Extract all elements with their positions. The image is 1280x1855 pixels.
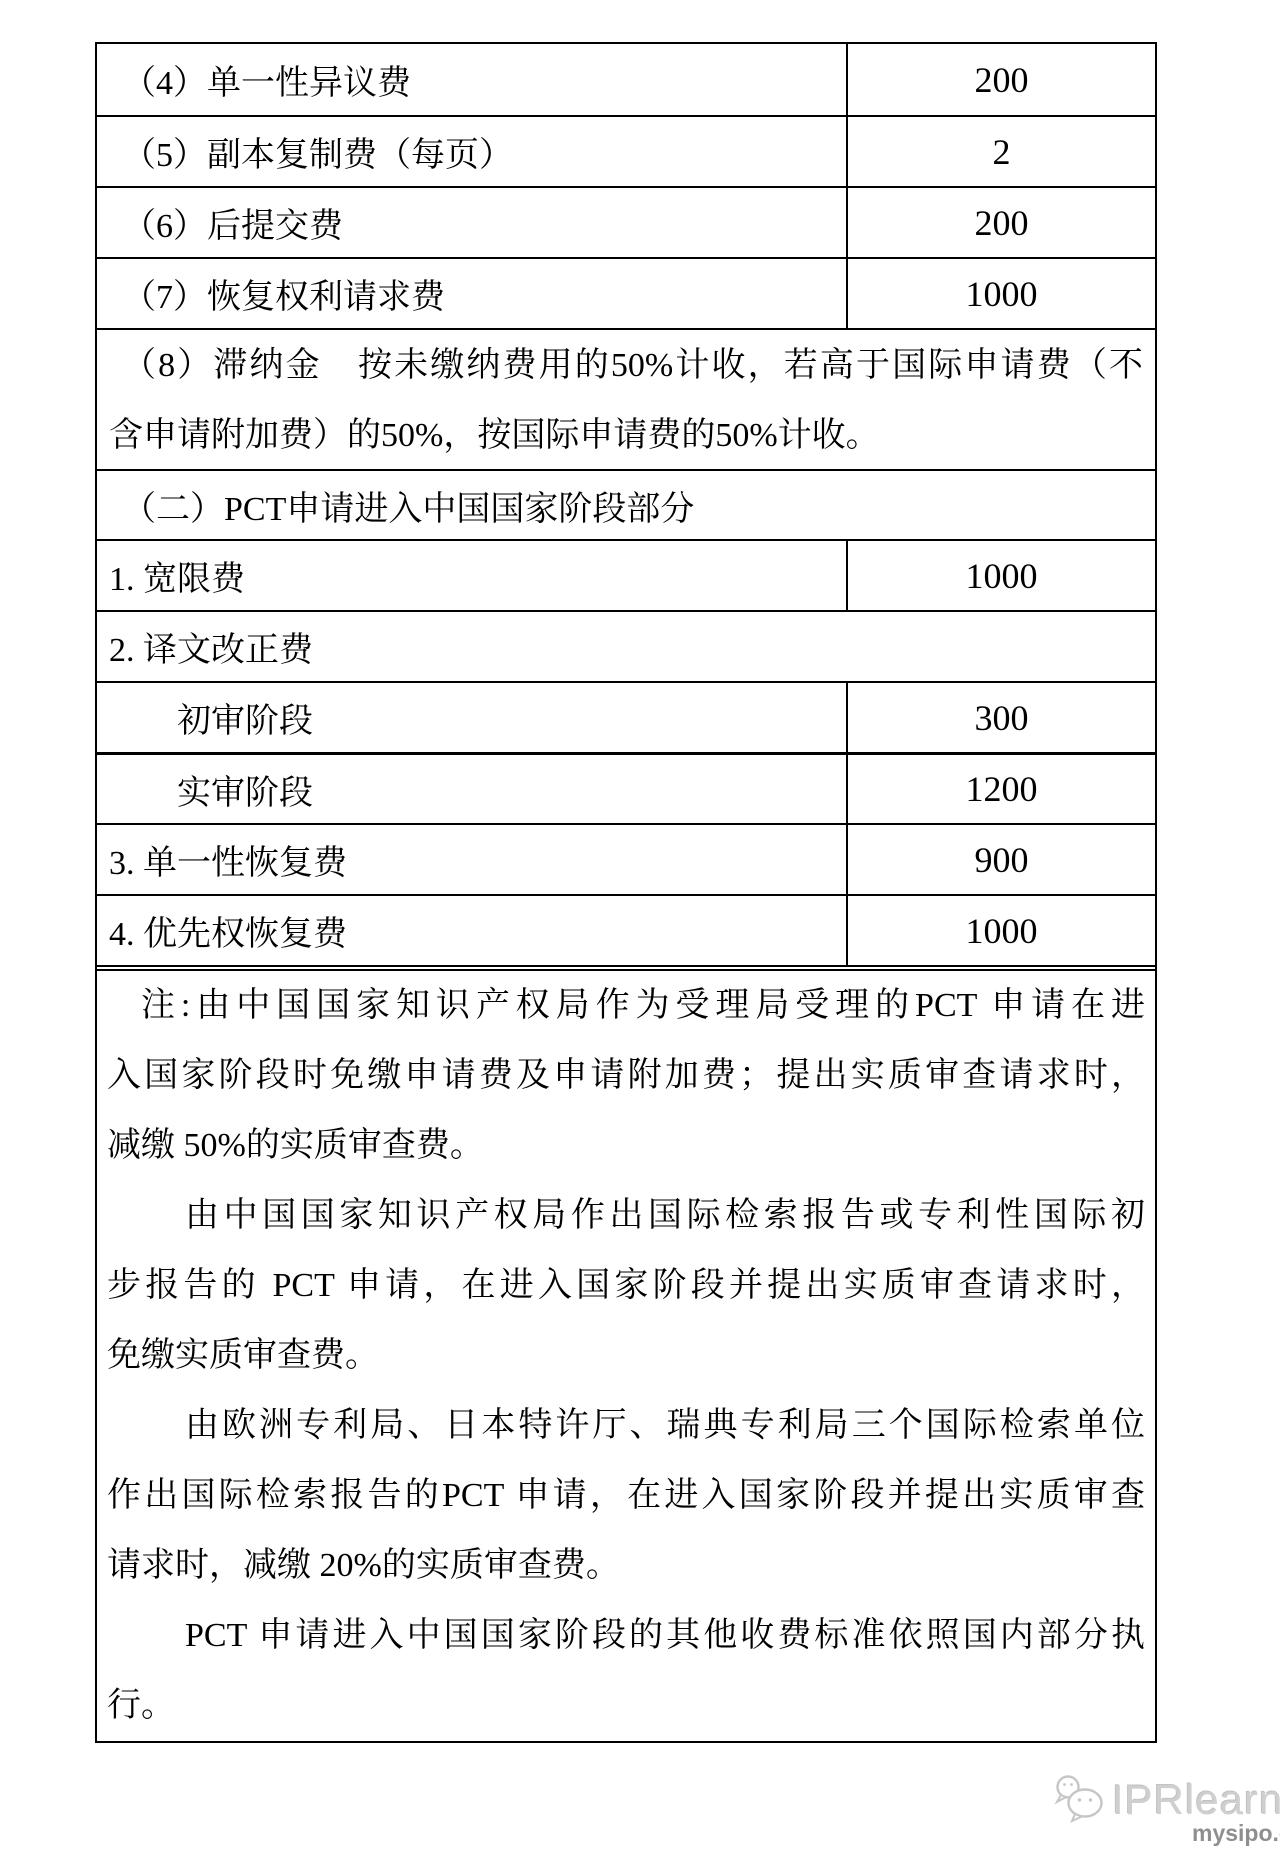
- table-row: 3. 单一性恢复费 900: [97, 823, 1155, 894]
- fee-label: 2. 译文改正费: [97, 622, 1155, 671]
- table-row: 实审阶段 1200: [97, 752, 1155, 823]
- note-line: 步报告的 PCT 申请，在进入国家阶段并提出实质审查请求时，: [107, 1251, 1145, 1321]
- table-row: 2. 译文改正费: [97, 610, 1155, 681]
- fee-label: （8）滞纳金 按未缴纳费用的50%计收，若高于国际申请费（不: [109, 331, 1143, 401]
- note-line: 作出国际检索报告的PCT 申请，在进入国家阶段并提出实质审查: [107, 1461, 1145, 1531]
- document-page: （4）单一性异议费 200 （5）副本复制费（每页） 2 （6）后提交费 200…: [0, 0, 1280, 1855]
- fee-label: 实审阶段: [97, 765, 846, 814]
- table-row: （5）副本复制费（每页） 2: [97, 115, 1155, 186]
- fee-value: 200: [846, 44, 1155, 115]
- table-note: 注:由中国国家知识产权局作为受理局受理的PCT 申请在进 入国家阶段时免缴申请费…: [97, 965, 1155, 1741]
- table-row: 4. 优先权恢复费 1000: [97, 894, 1155, 965]
- fee-label: （6）后提交费: [97, 198, 846, 247]
- site-url: mysipo.com: [1192, 1820, 1280, 1847]
- table-section-header: （二）PCT申请进入中国国家阶段部分: [97, 469, 1155, 539]
- fee-value: 900: [846, 825, 1155, 894]
- fee-label: （5）副本复制费（每页）: [97, 127, 846, 176]
- note-line: 由中国国家知识产权局作出国际检索报告或专利性国际初: [107, 1181, 1145, 1251]
- fee-label: 初审阶段: [97, 693, 846, 742]
- fee-label: 4. 优先权恢复费: [97, 906, 846, 955]
- table-row: （6）后提交费 200: [97, 186, 1155, 257]
- note-line: 免缴实质审查费。: [107, 1321, 1145, 1391]
- table-row: 初审阶段 300: [97, 681, 1155, 752]
- fee-value: 1000: [846, 541, 1155, 610]
- fee-label: 含申请附加费）的50%，按国际申请费的50%计收。: [109, 401, 1143, 471]
- fee-value: 200: [846, 188, 1155, 257]
- wechat-icon: [1052, 1774, 1108, 1829]
- table-row: 1. 宽限费 1000: [97, 539, 1155, 610]
- fee-label: （4）单一性异议费: [97, 55, 846, 104]
- table-row-surcharge: （8）滞纳金 按未缴纳费用的50%计收，若高于国际申请费（不 含申请附加费）的5…: [97, 328, 1155, 469]
- fee-label: （7）恢复权利请求费: [97, 269, 846, 318]
- fee-label: 3. 单一性恢复费: [97, 835, 846, 884]
- note-line: 入国家阶段时免缴申请费及申请附加费；提出实质审查请求时，: [107, 1041, 1145, 1111]
- fee-value: 2: [846, 117, 1155, 186]
- note-line: 注:由中国国家知识产权局作为受理局受理的PCT 申请在进: [107, 971, 1145, 1041]
- fee-value: 1000: [846, 259, 1155, 328]
- note-line: PCT 申请进入中国国家阶段的其他收费标准依照国内部分执: [107, 1601, 1145, 1671]
- table-row: （7）恢复权利请求费 1000: [97, 257, 1155, 328]
- fee-value: 1000: [846, 896, 1155, 965]
- note-line: 由欧洲专利局、日本特许厅、瑞典专利局三个国际检索单位: [107, 1391, 1145, 1461]
- fee-label: 1. 宽限费: [97, 551, 846, 600]
- brand-watermark: IPRlearn: [1112, 1776, 1280, 1824]
- note-line: 行。: [107, 1671, 1145, 1741]
- fee-value: 1200: [846, 755, 1155, 823]
- fee-table: （4）单一性异议费 200 （5）副本复制费（每页） 2 （6）后提交费 200…: [95, 42, 1157, 1743]
- section-label: （二）PCT申请进入中国国家阶段部分: [97, 481, 1155, 530]
- note-line: 请求时，减缴 20%的实质审查费。: [107, 1531, 1145, 1601]
- note-line: 减缴 50%的实质审查费。: [107, 1111, 1145, 1181]
- fee-value: 300: [846, 683, 1155, 752]
- table-row: （4）单一性异议费 200: [97, 44, 1155, 115]
